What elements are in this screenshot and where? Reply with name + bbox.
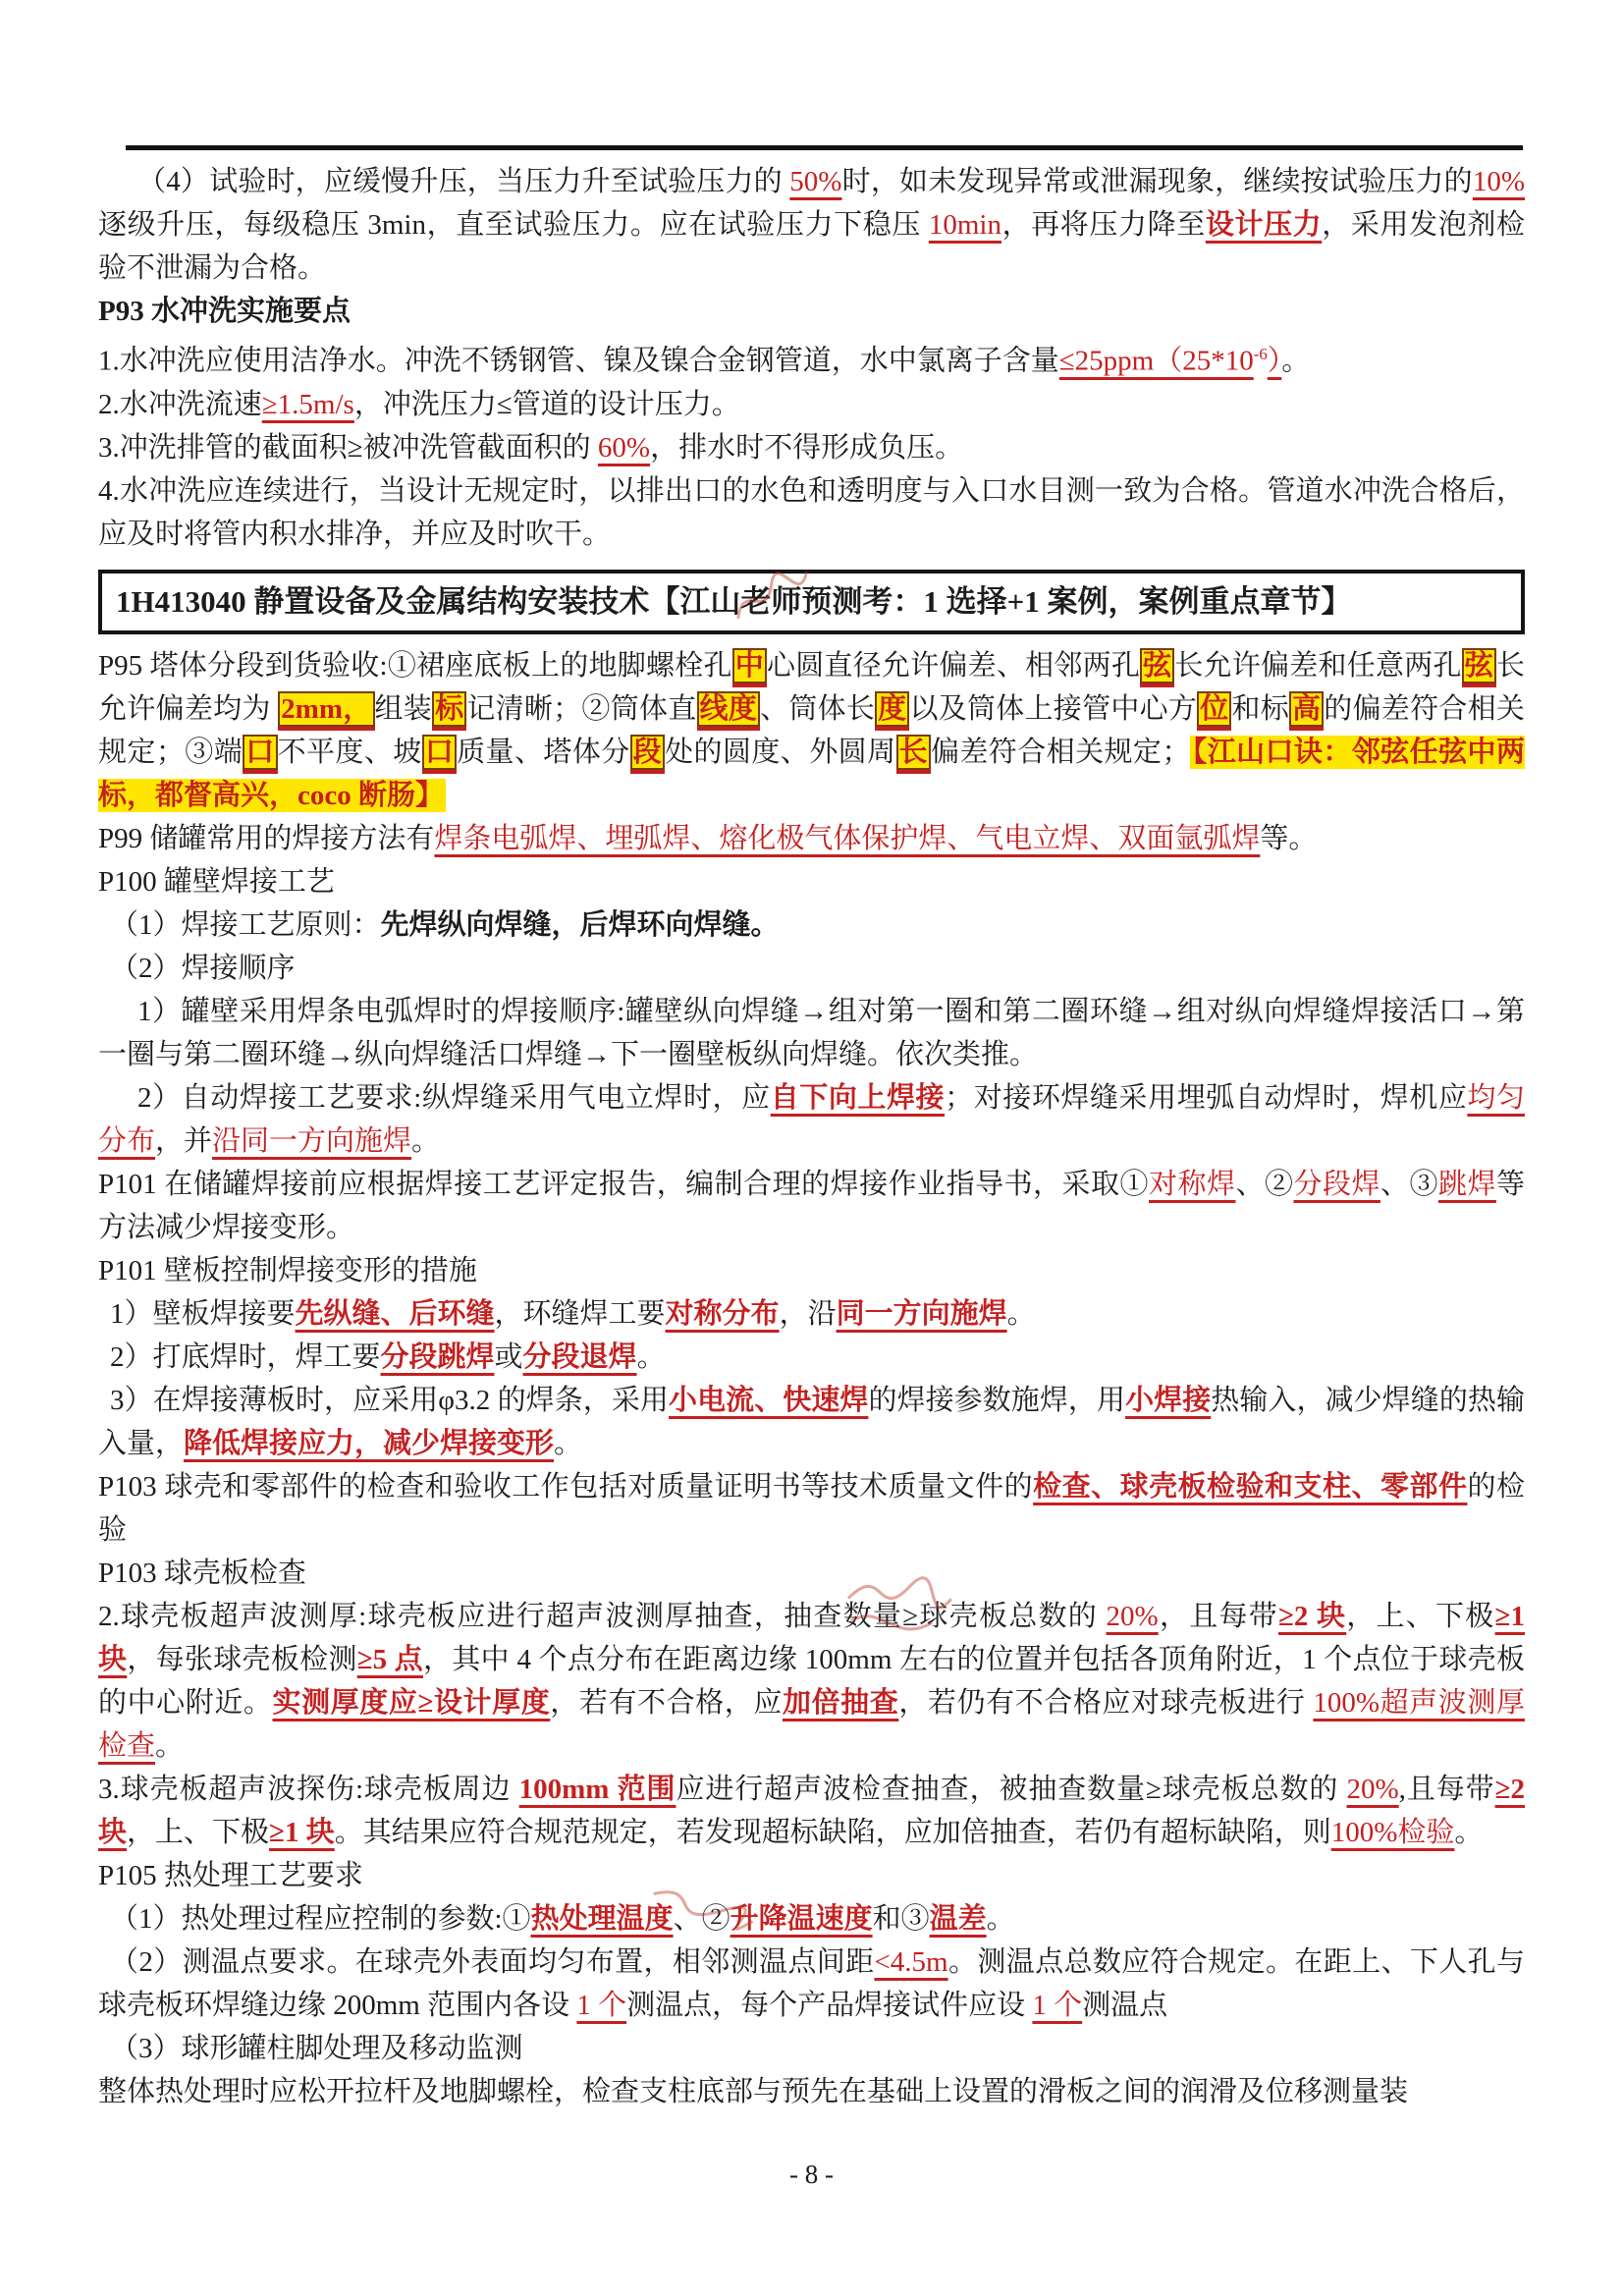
text-run: 段 xyxy=(630,735,665,770)
text-run: 温差 xyxy=(930,1903,987,1935)
paragraph: （1）焊接工艺原则：先焊纵向焊缝，后焊环向焊缝。 xyxy=(98,903,1525,947)
text-run: 。 xyxy=(987,1903,1015,1935)
text-run: 口 xyxy=(243,735,277,770)
text-run: ，若有不合格，应 xyxy=(550,1687,783,1719)
text-run: 记清晰；②筒体直 xyxy=(466,693,696,725)
paragraph: 整体热处理时应松开拉杆及地脚螺栓，检查支柱底部与预先在基础上设置的滑板之间的润滑… xyxy=(98,2070,1525,2113)
text-run: 小电流、快速焊 xyxy=(669,1385,868,1416)
text-run: 1）罐壁采用焊条电弧焊时的焊接顺序:罐壁纵向焊缝→组对第一圈和第二圈环缝→组对纵… xyxy=(98,996,1525,1070)
paragraph: P103 球壳板检查 xyxy=(98,1552,1525,1595)
text-run: 线度 xyxy=(697,691,761,727)
text-run: 处的圆度、外圆周 xyxy=(665,737,895,768)
text-run: （1）热处理过程应控制的参数:① xyxy=(110,1903,531,1935)
text-run: 以及筒体上接管中心方 xyxy=(909,693,1197,725)
text-run: 位 xyxy=(1197,691,1231,727)
paragraph: P93 水冲洗实施要点 xyxy=(98,290,1525,333)
text-run: 对称分布 xyxy=(666,1298,780,1330)
text-run: 。 xyxy=(554,1428,582,1459)
text-run: ≥1.5m/s xyxy=(262,389,354,420)
text-run: （2）焊接顺序 xyxy=(110,953,296,984)
text-run: 3）在焊接薄板时，应采用φ3.2 的焊条，采用 xyxy=(110,1385,669,1416)
text-run: 1.水冲洗应使用洁净水。冲洗不锈钢管、镍及镍合金钢管道，水中氯离子含量 xyxy=(98,346,1059,377)
text-run: 100mm 范围 xyxy=(519,1774,676,1805)
text-run: 对称焊 xyxy=(1149,1169,1235,1200)
paragraph: 2.水冲洗流速≥1.5m/s，冲洗压力≤管道的设计压力。 xyxy=(98,383,1525,426)
text-run: P93 水冲洗实施要点 xyxy=(98,296,351,327)
text-run: 。 xyxy=(1454,1817,1483,1848)
text-run: 。 xyxy=(637,1341,666,1373)
text-run: ≥5 点 xyxy=(357,1644,423,1675)
text-run: 降低焊接应力，减少焊接变形 xyxy=(184,1428,554,1459)
text-run: 1 个 xyxy=(576,1990,626,2021)
text-run: 弦 xyxy=(1140,648,1174,683)
text-run: 100%检验 xyxy=(1331,1817,1455,1848)
text-run: 2）自动焊接工艺要求:纵焊缝采用气电立焊时，应 xyxy=(137,1082,771,1114)
text-run: P101 在储罐焊接前应根据焊接工艺评定报告，编制合理的焊接作业指导书，采取① xyxy=(98,1169,1149,1200)
paragraph: P100 罐壁焊接工艺 xyxy=(98,860,1525,903)
paragraph: P101 壁板控制焊接变形的措施 xyxy=(98,1249,1525,1292)
text-run: 自下向上焊接 xyxy=(771,1082,945,1114)
text-run: P101 壁板控制焊接变形的措施 xyxy=(98,1255,477,1286)
text-run: P99 储罐常用的焊接方法有 xyxy=(98,823,434,854)
text-run: 测温点 xyxy=(1082,1990,1167,2021)
text-run: 口 xyxy=(422,735,457,770)
text-run: 、筒体长 xyxy=(760,693,875,725)
text-run: 和标 xyxy=(1231,693,1289,725)
paragraph: 3.冲洗排管的截面积≥被冲洗管截面积的 60%，排水时不得形成负压。 xyxy=(98,426,1525,469)
paragraph: （2）焊接顺序 xyxy=(98,947,1525,990)
text-run: 1）壁板焊接要 xyxy=(110,1298,296,1330)
text-run: 设计压力 xyxy=(1206,209,1322,241)
text-run: 实测厚度应≥设计厚度 xyxy=(273,1687,551,1719)
text-run: 等。 xyxy=(1260,823,1317,854)
paragraph: 3）在焊接薄板时，应采用φ3.2 的焊条，采用小电流、快速焊的焊接参数施焊，用小… xyxy=(98,1379,1525,1465)
text-run: 高 xyxy=(1289,691,1324,727)
text-run: ，沿 xyxy=(780,1298,837,1330)
text-run: 长 xyxy=(896,735,931,770)
text-run: 时，如未发现异常或泄漏现象，继续按试验压力的 xyxy=(841,166,1472,197)
text-run: 焊条电弧焊、埋弧焊、熔化极气体保护焊、气电立焊、双面氩弧焊 xyxy=(434,823,1260,854)
text-run: 2.水冲洗流速 xyxy=(98,389,262,420)
text-run: ≥2 块 xyxy=(1278,1601,1346,1632)
text-run: 长允许偏差和任意两孔 xyxy=(1174,650,1461,682)
text-run: ，排水时不得形成负压。 xyxy=(650,432,963,464)
text-run: 偏差符合相关规定； xyxy=(931,737,1190,768)
text-run: 先纵缝、后环缝 xyxy=(296,1298,495,1330)
text-run: 分段焊 xyxy=(1294,1169,1380,1200)
chapter-header: 1H413040 静置设备及金属结构安装技术【江山老师预测考：1 选择+1 案例… xyxy=(98,570,1525,634)
text-run: 的焊接参数施焊，用 xyxy=(868,1385,1125,1416)
text-run: 分段退焊 xyxy=(523,1341,637,1373)
text-run: ；对接环焊缝采用埋弧自动焊时，焊机应 xyxy=(945,1082,1467,1114)
text-run: 、③ xyxy=(1380,1169,1438,1200)
text-run: ≤25ppm（25*10 xyxy=(1059,346,1254,377)
text-run: 加倍抽查 xyxy=(783,1687,898,1719)
text-run: ,且每带 xyxy=(1399,1774,1495,1805)
text-run: ，若仍有不合格应对球壳板进行 xyxy=(898,1687,1313,1719)
text-run: ，环缝焊工要 xyxy=(495,1298,666,1330)
text-run: ，上、下极 xyxy=(1346,1601,1494,1632)
text-run: （2）测温点要求。在球壳外表面均匀布置，相邻测温点间距 xyxy=(110,1946,874,1978)
text-run: P100 罐壁焊接工艺 xyxy=(98,866,335,898)
text-run: P103 球壳和零部件的检查和验收工作包括对质量证明书等技术质量文件的 xyxy=(98,1471,1033,1503)
text-run: 2.球壳板超声波测厚:球壳板应进行超声波测厚抽查，抽查数量≥球壳板总数的 xyxy=(98,1601,1107,1632)
text-run: 热处理温度 xyxy=(531,1903,674,1935)
text-run: 跳焊 xyxy=(1438,1169,1496,1200)
text-run: 。 xyxy=(155,1730,184,1762)
paragraph: 2）自动焊接工艺要求:纵焊缝采用气电立焊时，应自下向上焊接；对接环焊缝采用埋弧自… xyxy=(98,1076,1525,1163)
paragraph: 2）打底焊时，焊工要分段跳焊或分段退焊。 xyxy=(98,1336,1525,1379)
text-run: 10min xyxy=(929,209,1001,241)
text-run: （4）试验时，应缓慢升压，当压力升至试验压力的 xyxy=(137,166,789,197)
text-run: 、② xyxy=(1236,1169,1294,1200)
paragraph: 1）罐壁采用焊条电弧焊时的焊接顺序:罐壁纵向焊缝→组对第一圈和第二圈环缝→组对纵… xyxy=(98,990,1525,1076)
text-run: 。 xyxy=(1007,1298,1036,1330)
text-run: <4.5m xyxy=(874,1946,947,1978)
text-run: 不平度、坡 xyxy=(278,737,422,768)
paragraph: P103 球壳和零部件的检查和验收工作包括对质量证明书等技术质量文件的检查、球壳… xyxy=(98,1465,1525,1552)
paragraph: 1）壁板焊接要先纵缝、后环缝，环缝焊工要对称分布，沿同一方向施焊。 xyxy=(98,1292,1525,1336)
text-run: 3.球壳板超声波探伤:球壳板周边 xyxy=(98,1774,519,1805)
paragraph: （1）热处理过程应控制的参数:①热处理温度、②升降温速度和③温差。 xyxy=(98,1897,1525,1941)
text-run: ，且每带 xyxy=(1159,1601,1278,1632)
document-body: （4）试验时，应缓慢升压，当压力升至试验压力的 50%时，如未发现异常或泄漏现象… xyxy=(98,145,1525,2113)
text-run: 2）打底焊时，焊工要 xyxy=(110,1341,381,1373)
text-run: ） xyxy=(1268,346,1282,377)
text-run: 度 xyxy=(875,691,909,727)
paragraph: （2）测温点要求。在球壳外表面均匀布置，相邻测温点间距<4.5m。测温点总数应符… xyxy=(98,1941,1525,2027)
text-run: 升降温速度 xyxy=(730,1903,873,1935)
text-run: 60% xyxy=(598,432,650,464)
text-run: 分段跳焊 xyxy=(381,1341,495,1373)
text-run: （1）焊接工艺原则： xyxy=(110,909,381,941)
text-run: 。 xyxy=(1281,346,1310,377)
paragraph: 2.球壳板超声波测厚:球壳板应进行超声波测厚抽查，抽查数量≥球壳板总数的 20%… xyxy=(98,1595,1525,1768)
text-run: P105 热处理工艺要求 xyxy=(98,1860,363,1891)
text-run: 2mm， xyxy=(278,691,374,727)
text-run: 检查、球壳板检验和支柱、零部件 xyxy=(1033,1471,1467,1503)
text-run: 。 xyxy=(411,1125,440,1157)
text-run: P103 球壳板检查 xyxy=(98,1558,306,1589)
text-run: 同一方向施焊 xyxy=(837,1298,1007,1330)
section-divider xyxy=(126,145,1523,150)
text-run: 1H413040 静置设备及金属结构安装技术【江山老师预测考：1 选择+1 案例… xyxy=(116,584,1352,619)
text-run: 弦 xyxy=(1462,648,1496,683)
text-run: 组装 xyxy=(375,693,433,725)
paragraph: P101 在储罐焊接前应根据焊接工艺评定报告，编制合理的焊接作业指导书，采取①对… xyxy=(98,1163,1525,1249)
page-number: - 8 - xyxy=(0,2159,1623,2190)
text-run: ≥1 块 xyxy=(269,1817,335,1848)
text-run: 20% xyxy=(1347,1774,1399,1805)
text-run: 50% xyxy=(789,166,841,197)
paragraph: （3）球形罐柱脚处理及移动监测 xyxy=(98,2027,1525,2070)
text-run: 小焊接 xyxy=(1125,1385,1211,1416)
text-run: ，每张球壳板检测 xyxy=(127,1644,356,1675)
text-run: 沿同一方向施焊 xyxy=(212,1125,411,1157)
paragraph: 3.球壳板超声波探伤:球壳板周边 100mm 范围应进行超声波检查抽查，被抽查数… xyxy=(98,1768,1525,1854)
text-run: P95 塔体分段到货验收:①裙座底板上的地脚螺栓孔 xyxy=(98,650,732,682)
paragraph: P99 储罐常用的焊接方法有焊条电弧焊、埋弧焊、熔化极气体保护焊、气电立焊、双面… xyxy=(98,817,1525,860)
text-run: 。其结果应符合规范规定，若发现超标缺陷，应加倍抽查，若仍有超标缺陷，则 xyxy=(335,1817,1331,1848)
text-run: -6 xyxy=(1254,345,1268,363)
text-run: 心圆直径允许偏差、相邻两孔 xyxy=(767,650,1140,682)
paragraph: （4）试验时，应缓慢升压，当压力升至试验压力的 50%时，如未发现异常或泄漏现象… xyxy=(98,160,1525,290)
text-run: 标 xyxy=(432,691,466,727)
document-page: （4）试验时，应缓慢升压，当压力升至试验压力的 50%时，如未发现异常或泄漏现象… xyxy=(0,0,1623,2296)
text-run: 或 xyxy=(495,1341,523,1373)
text-run: 中 xyxy=(732,648,767,683)
text-run: 质量、塔体分 xyxy=(457,737,630,768)
text-run: ，并 xyxy=(155,1125,212,1157)
paragraph: 4.水冲洗应连续进行，当设计无规定时，以排出口的水色和透明度与入口水目测一致为合… xyxy=(98,469,1525,556)
text-run: 、② xyxy=(674,1903,730,1935)
text-run: 20% xyxy=(1107,1601,1159,1632)
text-run: 10% xyxy=(1473,166,1525,197)
paragraph: P95 塔体分段到货验收:①裙座底板上的地脚螺栓孔中心圆直径允许偏差、相邻两孔弦… xyxy=(98,644,1525,817)
text-run: ，冲洗压力≤管道的设计压力。 xyxy=(354,389,740,420)
text-run: ，再将压力降至 xyxy=(1001,209,1206,241)
text-run: （3）球形罐柱脚处理及移动监测 xyxy=(110,2033,523,2064)
text-run: 逐级升压，每级稳压 3min，直至试验压力。应在试验压力下稳压 xyxy=(98,209,929,241)
text-run: 整体热处理时应松开拉杆及地脚螺栓，检查支柱底部与预先在基础上设置的滑板之间的润滑… xyxy=(98,2076,1408,2107)
text-run: 应进行超声波检查抽查，被抽查数量≥球壳板总数的 xyxy=(676,1774,1346,1805)
paragraph: 1.水冲洗应使用洁净水。冲洗不锈钢管、镍及镍合金钢管道，水中氯离子含量≤25pp… xyxy=(98,333,1525,383)
text-run: 和③ xyxy=(873,1903,930,1935)
text-run: 3.冲洗排管的截面积≥被冲洗管截面积的 xyxy=(98,432,598,464)
text-run: ，上、下极 xyxy=(127,1817,269,1848)
text-run: 测温点，每个产品焊接试件应设 xyxy=(626,1990,1032,2021)
paragraph: P105 热处理工艺要求 xyxy=(98,1854,1525,1897)
text-run: 先焊纵向焊缝，后焊环向焊缝。 xyxy=(381,909,780,941)
text-run: 4.水冲洗应连续进行，当设计无规定时，以排出口的水色和透明度与入口水目测一致为合… xyxy=(98,475,1525,550)
text-run: 1 个 xyxy=(1032,1990,1082,2021)
